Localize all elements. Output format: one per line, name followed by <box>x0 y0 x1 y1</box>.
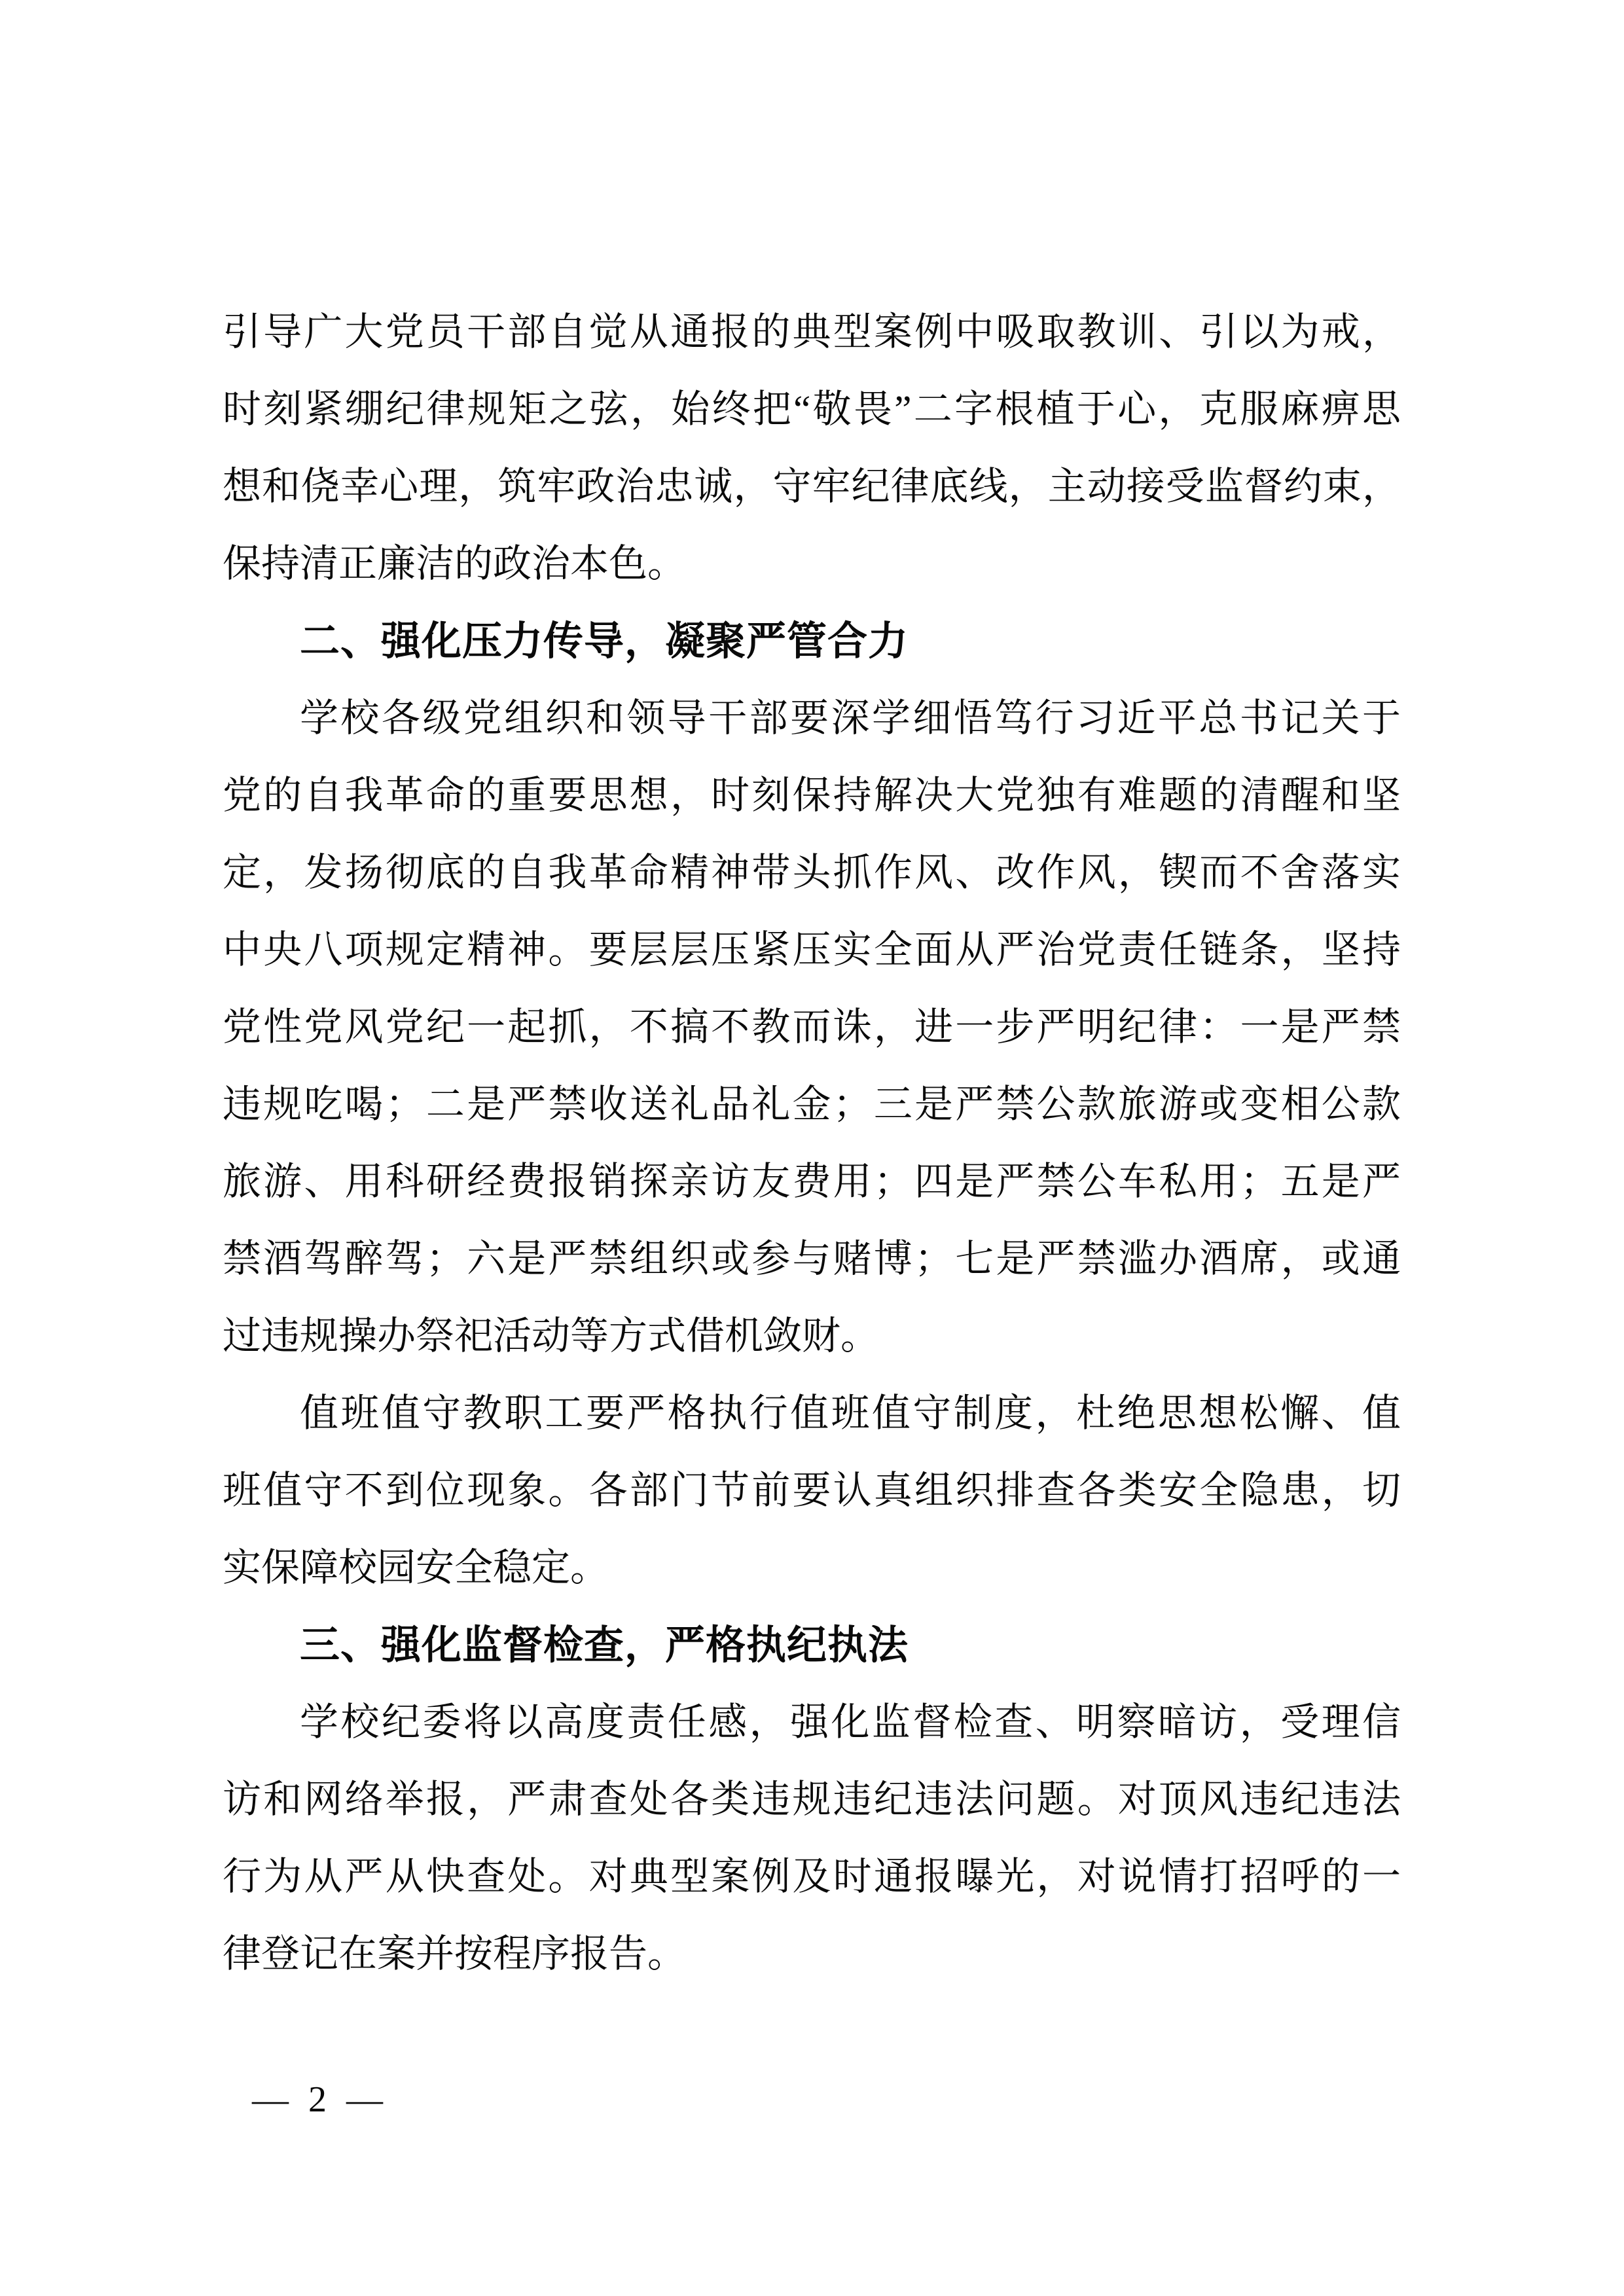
paragraph-line: 过违规操办祭祀活动等方式借机敛财。 <box>223 1297 1401 1374</box>
paragraph-line: 实保障校园安全稳定。 <box>223 1529 1401 1606</box>
paragraph-line: 引导广大党员干部自觉从通报的典型案例中吸取教训、引以为戒， <box>223 293 1401 370</box>
paragraph-line: 访和网络举报，严肃查处各类违规违纪违法问题。对顶风违纪违法 <box>223 1761 1401 1838</box>
paragraph-line: 党性党风党纪一起抓，不搞不教而诛，进一步严明纪律：一是严禁 <box>223 988 1401 1066</box>
paragraph-line: 时刻紧绷纪律规矩之弦，始终把“敬畏”二字根植于心，克服麻痹思 <box>223 370 1401 448</box>
section-heading-3: 三、强化监督检查，严格执纪执法 <box>223 1606 1401 1683</box>
paragraph-line: 律登记在案并按程序报告。 <box>223 1915 1401 1992</box>
paragraph-line: 旅游、用科研经费报销探亲访友费用；四是严禁公车私用；五是严 <box>223 1143 1401 1220</box>
paragraph-line: 学校纪委将以高度责任感，强化监督检查、明察暗访，受理信 <box>223 1683 1401 1761</box>
paragraph-line: 中央八项规定精神。要层层压紧压实全面从严治党责任链条，坚持 <box>223 911 1401 988</box>
paragraph-line: 定，发扬彻底的自我革命精神带头抓作风、改作风，锲而不舍落实 <box>223 834 1401 911</box>
paragraph-line: 班值守不到位现象。各部门节前要认真组织排查各类安全隐患，切 <box>223 1452 1401 1529</box>
paragraph-line: 值班值守教职工要严格执行值班值守制度，杜绝思想松懈、值 <box>223 1374 1401 1452</box>
paragraph-line: 行为从严从快查处。对典型案例及时通报曝光，对说情打招呼的一 <box>223 1838 1401 1915</box>
section-heading-2: 二、强化压力传导，凝聚严管合力 <box>223 602 1401 679</box>
paragraph-line: 禁酒驾醉驾；六是严禁组织或参与赌博；七是严禁滥办酒席，或通 <box>223 1220 1401 1297</box>
paragraph-line: 违规吃喝；二是严禁收送礼品礼金；三是严禁公款旅游或变相公款 <box>223 1066 1401 1143</box>
page-number: — 2 — <box>252 2079 388 2121</box>
document-text: 引导广大党员干部自觉从通报的典型案例中吸取教训、引以为戒， 时刻紧绷纪律规矩之弦… <box>223 293 1401 1992</box>
document-page: 引导广大党员干部自觉从通报的典型案例中吸取教训、引以为戒， 时刻紧绷纪律规矩之弦… <box>0 0 1624 2296</box>
paragraph-line: 想和侥幸心理，筑牢政治忠诚，守牢纪律底线，主动接受监督约束， <box>223 448 1401 525</box>
paragraph-line: 保持清正廉洁的政治本色。 <box>223 525 1401 602</box>
paragraph-line: 学校各级党组织和领导干部要深学细悟笃行习近平总书记关于 <box>223 679 1401 757</box>
paragraph-line: 党的自我革命的重要思想，时刻保持解决大党独有难题的清醒和坚 <box>223 757 1401 834</box>
